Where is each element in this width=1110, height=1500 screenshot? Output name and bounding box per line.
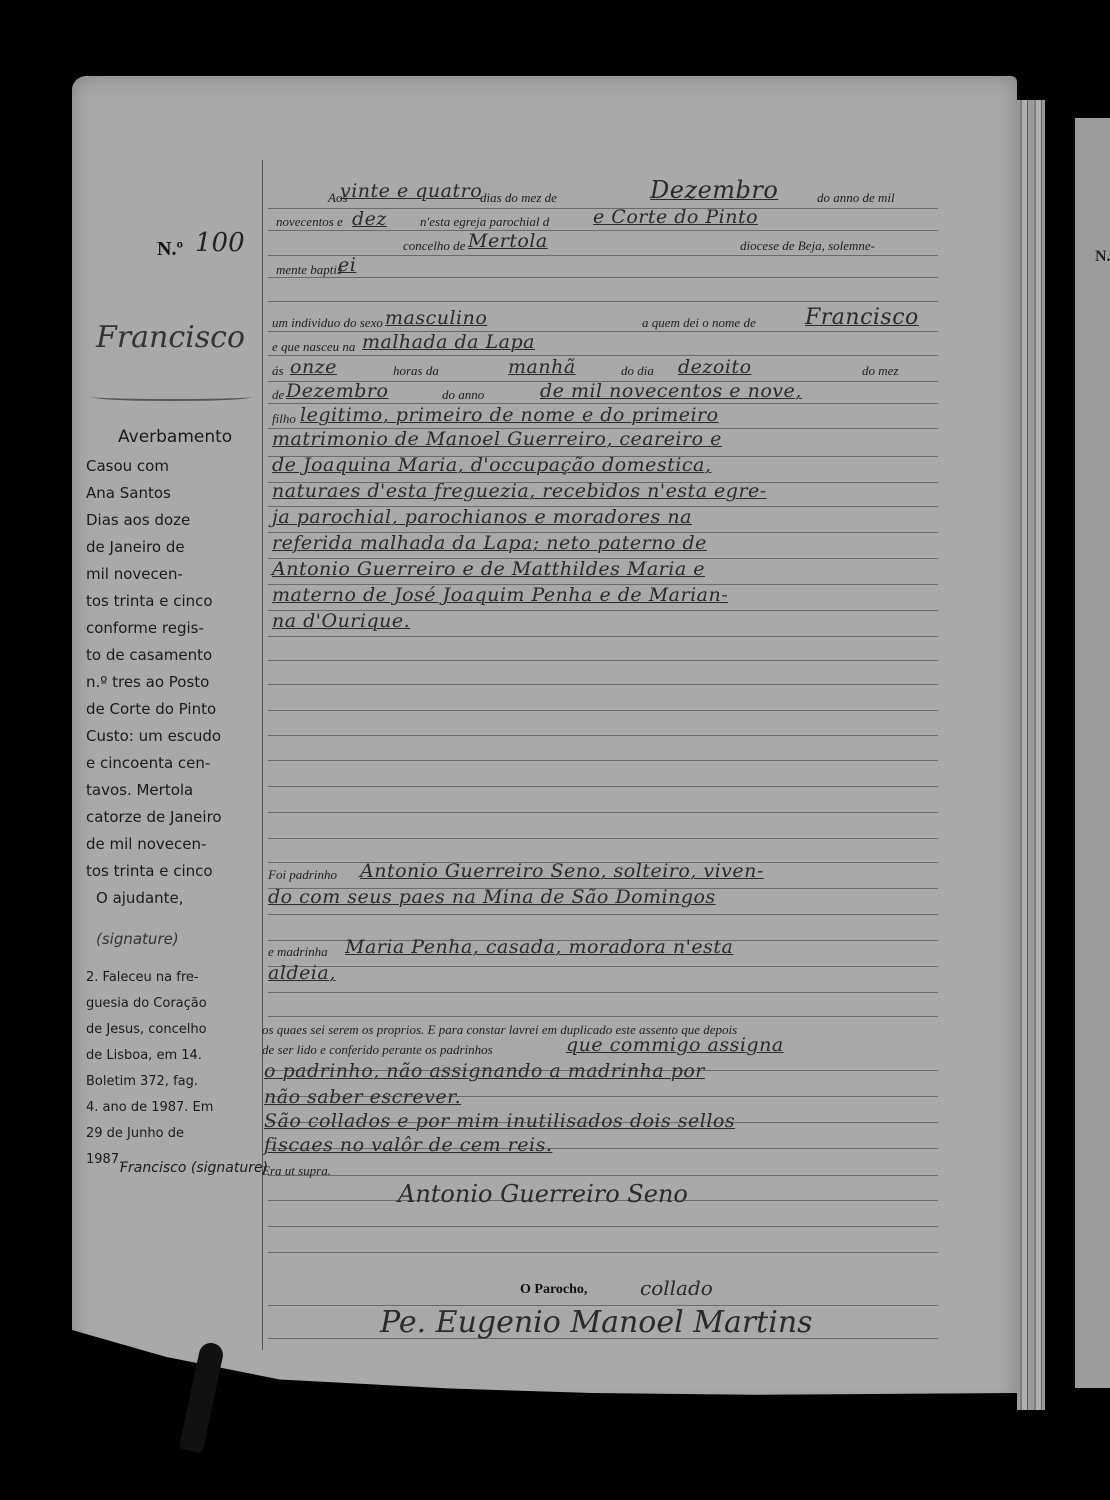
margin-note2-line: Boletim 372, fag. (86, 1074, 198, 1089)
godmother-line: aldeia, (268, 962, 336, 984)
adjacent-entry-label: N. (1095, 248, 1110, 266)
closing-hand: que commigo assigna (566, 1034, 784, 1056)
closing-printed: de ser lido e conferido perante os padri… (262, 1042, 493, 1058)
field-birthplace: malhada da Lapa (362, 331, 535, 353)
form-text: do anno (442, 387, 484, 403)
godmother-line: Maria Penha, casada, moradora n'esta (345, 936, 733, 958)
field-council: Mertola (468, 230, 548, 252)
margin-note-line: conforme regis- (86, 619, 204, 637)
margin-note-line: catorze de Janeiro (86, 808, 222, 826)
margin-note2-signature: Francisco (signature) (120, 1160, 268, 1176)
parents-line: na d'Ourique. (272, 610, 410, 632)
form-text: filho (272, 411, 296, 427)
margin-note-line: Custo: um escudo (86, 727, 221, 745)
margin-note-line: to de casamento (86, 646, 212, 664)
averbamento-title: Averbamento (118, 427, 232, 447)
field-name: Francisco (805, 305, 919, 330)
parents-line: de Joaquina Maria, d'occupação domestica… (272, 454, 711, 476)
parents-line: naturaes d'esta freguezia, recebidos n'e… (272, 480, 767, 502)
closing-hand: o padrinho, não assignando a madrinha po… (264, 1060, 705, 1082)
form-text: do anno de mil (817, 190, 895, 206)
parents-line: ja parochial, parochianos e moradores na (272, 506, 692, 528)
margin-note2-line: 2. Faleceu na fre- (86, 970, 199, 985)
margin-note-line: n.º tres ao Posto (86, 673, 209, 691)
margin-note2-line: 29 de Junho de (86, 1126, 184, 1141)
closing-hand: não saber escrever. (264, 1086, 461, 1108)
margin-note2-line: de Jesus, concelho (86, 1022, 207, 1037)
margin-note-line: de Corte do Pinto (86, 700, 216, 718)
form-text: concelho de (403, 238, 465, 254)
margin-note-line: O ajudante, (96, 889, 184, 907)
parents-line: materno de José Joaquim Penha e de Maria… (272, 584, 728, 606)
margin-note-line: tavos. Mertola (86, 781, 193, 799)
form-text: diocese de Beja, solemne- (740, 238, 875, 254)
godfather-signature: Antonio Guerreiro Seno (398, 1180, 688, 1208)
era-ut-supra: Era ut supra. (262, 1163, 331, 1179)
field-month: Dezembro (650, 176, 778, 204)
form-text: n'esta egreja parochial d (420, 214, 549, 230)
form-text: e que nasceu na (272, 339, 355, 355)
field-hour: onze (290, 356, 337, 378)
margin-note2-line: 1987. (86, 1152, 123, 1167)
margin-child-name: Francisco (96, 320, 245, 355)
margin-note-line: de Janeiro de (86, 538, 185, 556)
entry-number-label: N.º (157, 238, 183, 261)
margin-note-line: Ana Santos (86, 484, 171, 502)
form-text: do mez (862, 363, 898, 379)
form-text: ás (272, 363, 284, 379)
margin-note-line: e cincoenta cen- (86, 754, 210, 772)
field-sex: masculino (385, 307, 487, 329)
margin-note-line: Casou com (86, 457, 169, 475)
entry-number: 100 (195, 228, 245, 258)
priest-status: collado (640, 1276, 713, 1300)
margin-note-line: tos trinta e cinco (86, 592, 213, 610)
margin-note-line: Dias aos doze (86, 511, 190, 529)
field-parish: e Corte do Pinto (593, 206, 758, 228)
form-text: mente baptis (276, 262, 342, 278)
field-birth-month: Dezembro (286, 380, 388, 402)
priest-signature: Pe. Eugenio Manoel Martins (380, 1305, 813, 1340)
field-birth-year: de mil novecentos e nove, (540, 380, 802, 402)
closing-hand: fiscaes no valôr de cem reis. (264, 1134, 552, 1156)
field-year: dez (352, 208, 387, 230)
parents-line: referida malhada da Lapa; neto paterno d… (272, 532, 707, 554)
field-baptised: ei (338, 254, 356, 276)
margin-note-line: tos trinta e cinco (86, 862, 213, 880)
form-text: novecentos e (276, 214, 343, 230)
godfather-label: Foi padrinho (268, 867, 337, 883)
priest-label: O Parocho, (520, 1282, 587, 1298)
margin-note2-line: 4. ano de 1987. Em (86, 1100, 213, 1115)
form-text: de (272, 387, 284, 403)
field-day: vinte e quatro (340, 180, 482, 202)
godfather-line: Antonio Guerreiro Seno, solteiro, viven- (360, 860, 764, 882)
form-text: a quem dei o nome de (642, 315, 756, 331)
adjacent-page (1075, 118, 1110, 1388)
parents-line: Antonio Guerreiro e de Matthildes Maria … (272, 558, 705, 580)
flourish-line (92, 393, 252, 401)
margin-note-line: de mil novecen- (86, 835, 206, 853)
form-text: horas da (393, 363, 439, 379)
form-text: um individuo do sexo (272, 315, 383, 331)
margin-note-line: mil novecen- (86, 565, 183, 583)
margin-note2-line: guesia do Coração (86, 996, 207, 1011)
averbamento-signature: (signature) (96, 930, 179, 948)
form-text: dias do mez de (480, 190, 557, 206)
margin-note2-line: de Lisboa, em 14. (86, 1048, 202, 1063)
closing-hand: São collados e por mim inutilisados dois… (264, 1110, 735, 1132)
form-text: do dia (621, 363, 654, 379)
field-birth-day: dezoito (678, 356, 752, 378)
field-period: manhã (508, 356, 576, 378)
godmother-label: e madrinha (268, 944, 328, 960)
godfather-line: do com seus paes na Mina de São Domingos (268, 886, 716, 908)
parents-line: matrimonio de Manoel Guerreiro, ceareiro… (272, 428, 722, 450)
field-filiation: legitimo, primeiro de nome e do primeiro (300, 404, 719, 426)
